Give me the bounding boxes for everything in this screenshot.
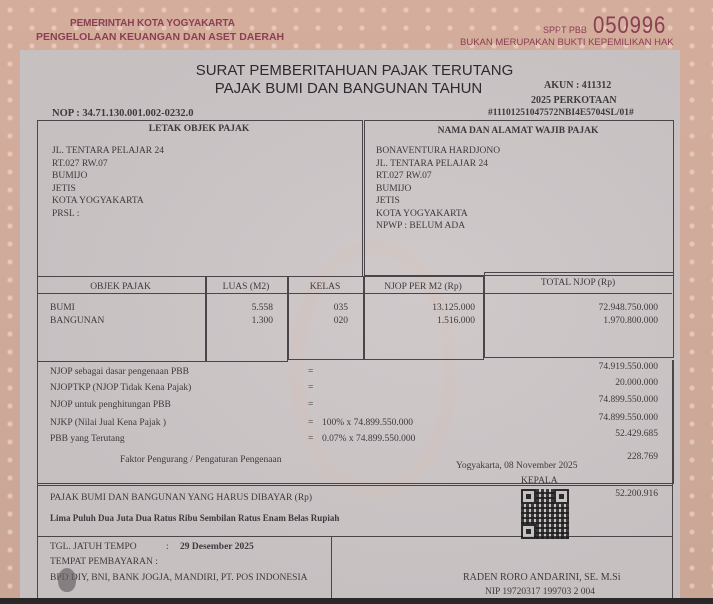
- payable-divider-top: [37, 485, 672, 486]
- year-area: 2025 PERKOTAAN: [531, 95, 617, 106]
- payment-banks: BPD DIY, BNI, BANK JOGJA, MANDIRI, PT. P…: [50, 573, 330, 583]
- calc-value: 74.899.550.000: [540, 395, 658, 405]
- payable-value: 52.200.916: [560, 489, 658, 499]
- calc-operator: =: [308, 418, 313, 428]
- letak-objek-line: KOTA YOGYAKARTA: [52, 196, 144, 206]
- sign-position: KEPALA: [521, 476, 558, 486]
- calc-operator: =: [308, 367, 313, 377]
- sppt-label: SPPT PBB: [543, 25, 587, 35]
- org-line-1: PEMERINTAH KOTA YOGYAKARTA: [70, 18, 235, 29]
- payable-in-words: Lima Puluh Dua Juta Dua Ratus Ribu Sembi…: [50, 513, 339, 523]
- wajib-pajak-line: KOTA YOGYAKARTA: [376, 209, 468, 219]
- signatory-name: RADEN RORO ANDARINI, SE. M.Si: [463, 572, 621, 583]
- payable-label: PAJAK BUMI DAN BANGUNAN YANG HARUS DIBAY…: [50, 493, 312, 503]
- calc-value: 20.000.000: [540, 378, 658, 388]
- calc-formula: 100% x 74.899.550.000: [322, 418, 413, 428]
- calc-operator: =: [308, 400, 313, 410]
- wajib-pajak-line: BONAVENTURA HARDJONO: [376, 146, 500, 156]
- faktor-label: Faktor Pengurang / Pengaturan Pengenaan: [120, 455, 281, 465]
- letak-objek-line: RT.027 RW.07: [52, 159, 108, 169]
- objek-total-njop: 72.948.750.000: [484, 303, 658, 313]
- th-luas: LUAS (M2): [206, 282, 286, 292]
- wajib-pajak-box: [364, 120, 674, 276]
- signatory-nip: NIP 19720317 199703 2 004: [485, 587, 595, 597]
- left-border: [37, 360, 38, 598]
- bottom-vertical-divider: [331, 536, 332, 598]
- objek-njop-m2: 13.125.000: [364, 303, 475, 313]
- bsre-logo-icon: [58, 568, 76, 592]
- header-band: PEMERINTAH KOTA YOGYAKARTA PENGELOLAAN K…: [0, 0, 713, 50]
- wajib-pajak-line: NPWP : BELUM ADA: [376, 221, 465, 231]
- sppt-number: 050996: [593, 12, 666, 40]
- objek-luas: 5.558: [206, 303, 273, 313]
- calc-label: PBB yang Terutang: [50, 434, 125, 444]
- objek-kelas: 035: [288, 303, 348, 313]
- org-line-2: PENGELOLAAN KEUANGAN DAN ASET DAERAH: [36, 31, 284, 43]
- calc-label: NJOPTKP (NJOP Tidak Kena Pajak): [50, 383, 191, 393]
- calc-formula: 0.07% x 74.899.550.000: [322, 434, 415, 444]
- right-border: [672, 360, 673, 598]
- objek-luas: 1.300: [206, 316, 273, 326]
- calc-operator: =: [308, 383, 313, 393]
- wajib-pajak-line: RT.027 RW.07: [376, 171, 432, 181]
- letak-objek-line: BUMIJO: [52, 171, 87, 181]
- nop-number: NOP : 34.71.130.001.002-0232.0: [52, 108, 193, 119]
- wajib-pajak-heading: NAMA DAN ALAMAT WAJIB PAJAK: [364, 126, 672, 136]
- letak-objek-line: JL. TENTARA PELAJAR 24: [52, 146, 164, 156]
- calc-value: 52.429.685: [540, 429, 658, 439]
- qr-code-icon: [521, 489, 569, 539]
- calc-operator: =: [308, 434, 313, 444]
- th-njop-m2: NJOP PER M2 (Rp): [364, 282, 482, 292]
- bottom-divider: [37, 536, 672, 537]
- photo-edge-shadow: [0, 598, 713, 604]
- due-date-value: 29 Desember 2025: [180, 542, 254, 552]
- wajib-pajak-line: JL. TENTARA PELAJAR 24: [376, 159, 488, 169]
- objek-name: BANGUNAN: [50, 316, 104, 326]
- th-total-njop: TOTAL NJOP (Rp): [484, 278, 672, 288]
- due-date-sep: :: [166, 542, 169, 552]
- letak-objek-line: JETIS: [52, 184, 76, 194]
- sign-place-date: Yogyakarta, 08 November 2025: [456, 461, 577, 471]
- document-code: #11101251047572NBI4E5704SL/01#: [488, 108, 634, 118]
- calc-value: 74.899.550.000: [540, 413, 658, 423]
- objek-kelas: 020: [288, 316, 348, 326]
- document-title: SURAT PEMBERITAHUAN PAJAK TERUTANG: [0, 62, 711, 79]
- th-objek: OBJEK PAJAK: [37, 282, 204, 292]
- calc-label: NJKP (Nilai Jual Kena Pajak ): [50, 418, 166, 428]
- table-header-divider: [37, 293, 672, 294]
- objek-njop-m2: 1.516.000: [364, 316, 475, 326]
- letak-objek-line: PRSL :: [52, 209, 79, 219]
- due-date-label: TGL. JATUH TEMPO: [50, 542, 137, 552]
- objek-name: BUMI: [50, 303, 75, 313]
- wajib-pajak-line: BUMIJO: [376, 184, 411, 194]
- payment-place-label: TEMPAT PEMBAYARAN :: [50, 557, 158, 567]
- ownership-disclaimer: BUKAN MERUPAKAN BUKTI KEPEMILIKAN HAK: [460, 37, 674, 48]
- calc-label: NJOP untuk penghitungan PBB: [50, 400, 171, 410]
- th-kelas: KELAS: [288, 282, 362, 292]
- calc-label: NJOP sebagai dasar pengenaan PBB: [50, 367, 189, 377]
- calc-value: 74.919.550.000: [540, 362, 658, 372]
- objek-total-njop: 1.970.800.000: [484, 316, 658, 326]
- wajib-pajak-line: JETIS: [376, 196, 400, 206]
- letak-objek-heading: LETAK OBJEK PAJAK: [37, 124, 361, 134]
- akun-number: AKUN : 411312: [544, 80, 611, 91]
